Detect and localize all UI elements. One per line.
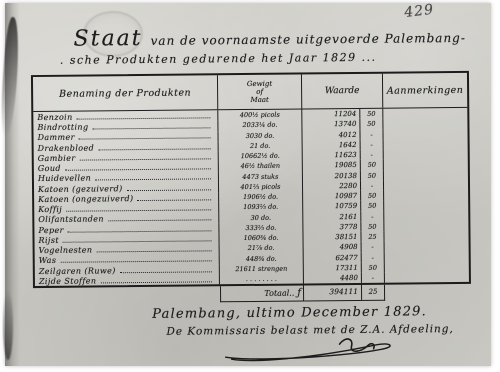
value-cents: - bbox=[360, 129, 382, 139]
dot-leader bbox=[77, 117, 211, 119]
product-name: Dammer bbox=[37, 133, 74, 143]
product-name: Benzoin bbox=[37, 112, 72, 122]
product-name: Rijst bbox=[38, 236, 58, 246]
signature-icon bbox=[221, 334, 401, 370]
product-name: Goud bbox=[38, 164, 61, 174]
value-cents: - bbox=[361, 139, 383, 149]
value-cents: 25 bbox=[361, 232, 383, 242]
total-label-cell: Totaal.. ƒ bbox=[220, 286, 304, 303]
product-name: Bindrotting bbox=[37, 123, 88, 133]
quantity-value: . . . . . . . . bbox=[220, 273, 304, 284]
value-guilders: 38151 bbox=[303, 232, 361, 243]
value-cents: 50 bbox=[361, 160, 383, 170]
value-guilders: 13740 bbox=[302, 119, 360, 130]
products-table: Benaming der Produkten Gewigt of Maat Wa… bbox=[31, 71, 471, 304]
value-guilders: 4908 bbox=[304, 242, 362, 253]
value-cents: - bbox=[362, 252, 384, 262]
dot-leader bbox=[138, 199, 212, 201]
corner-page-annotation: 429 bbox=[404, 2, 435, 21]
table-body: Benzoin400½ picols1120450Bindrotting2033… bbox=[33, 108, 469, 286]
total-guilders: 394111 bbox=[304, 285, 362, 301]
total-cents: 25 bbox=[362, 285, 384, 300]
value-cents: - bbox=[362, 242, 384, 252]
product-name: Koffij bbox=[38, 205, 62, 215]
value-cents: 50 bbox=[361, 170, 383, 180]
value-cents: - bbox=[361, 150, 383, 160]
paper-sheet: 429 Staatvan de voornaamste uitgevoerde … bbox=[5, 3, 491, 366]
value-cents: 50 bbox=[361, 201, 383, 211]
dot-leader bbox=[60, 261, 211, 263]
dot-leader bbox=[108, 220, 211, 222]
header-value: Waarde bbox=[302, 74, 383, 109]
product-name: Was bbox=[39, 256, 57, 266]
value-guilders: 10759 bbox=[303, 201, 361, 212]
dot-leader bbox=[68, 230, 212, 232]
value-guilders: 20138 bbox=[303, 170, 361, 181]
remarks-cell bbox=[385, 272, 469, 283]
dot-leader bbox=[63, 240, 212, 242]
value-guilders: 2280 bbox=[303, 181, 361, 192]
dateline: Palembang, ultimo December 1829. bbox=[152, 304, 427, 322]
dot-leader bbox=[66, 209, 211, 211]
product-name: Vogelnesten bbox=[39, 245, 93, 255]
value-guilders: 62477 bbox=[304, 252, 362, 263]
value-cents: 50 bbox=[361, 191, 383, 201]
value-guilders: 4480 bbox=[304, 273, 362, 284]
title-line2: . sche Produkten gedurende het Jaar 1829… bbox=[60, 50, 474, 67]
title-line1: van de voornaamste uitgevoerde Palembang… bbox=[151, 31, 466, 48]
dot-leader bbox=[127, 189, 211, 191]
value-cents: - bbox=[361, 211, 383, 221]
table-header-row: Benaming der Produkten Gewigt of Maat Wa… bbox=[33, 73, 467, 112]
value-cents: 50 bbox=[360, 109, 382, 119]
dot-leader bbox=[120, 271, 212, 273]
dot-leader bbox=[95, 179, 211, 181]
value-guilders: 1642 bbox=[303, 140, 361, 151]
header-remarks: Aanmerkingen bbox=[383, 73, 467, 108]
product-name: Zijde Stoffen bbox=[39, 276, 97, 286]
dot-leader bbox=[79, 138, 211, 140]
document-title: Staatvan de voornaamste uitgevoerde Pale… bbox=[73, 23, 473, 67]
value-cents: - bbox=[361, 180, 383, 190]
header-product: Benaming der Produkten bbox=[33, 75, 218, 111]
product-name: Huidevellen bbox=[38, 174, 91, 184]
value-guilders: 19085 bbox=[303, 160, 361, 171]
scanned-document: 429 Staatvan de voornaamste uitgevoerde … bbox=[0, 0, 500, 372]
product-name: Gambier bbox=[38, 153, 76, 163]
value-guilders: 11623 bbox=[303, 150, 361, 161]
value-cents: 50 bbox=[360, 119, 382, 129]
dot-leader bbox=[96, 250, 211, 252]
florin-sign: ƒ bbox=[297, 288, 301, 299]
dot-leader bbox=[98, 148, 211, 150]
value-guilders: 2161 bbox=[303, 211, 361, 222]
dot-leader bbox=[80, 158, 211, 160]
dot-leader bbox=[100, 281, 211, 283]
total-value-cell: 394111 25 bbox=[304, 285, 385, 302]
total-row: Totaal.. ƒ 394111 25 bbox=[220, 284, 471, 302]
value-cents: - bbox=[362, 273, 384, 283]
value-guilders: 3778 bbox=[303, 222, 361, 233]
product-name: Drakenbloed bbox=[38, 143, 95, 153]
value-cents: 50 bbox=[361, 221, 383, 231]
title-lead-word: Staat bbox=[73, 26, 142, 52]
value-guilders: 10987 bbox=[303, 191, 361, 202]
value-guilders: 11204 bbox=[302, 109, 360, 120]
value-cents: 50 bbox=[362, 262, 384, 272]
product-name: Peper bbox=[38, 225, 64, 235]
dot-leader bbox=[92, 127, 210, 129]
value-guilders: 17311 bbox=[304, 263, 362, 274]
dot-leader bbox=[65, 168, 211, 170]
header-quantity: Gewigt of Maat bbox=[218, 74, 302, 109]
value-guilders: 4012 bbox=[302, 129, 360, 140]
